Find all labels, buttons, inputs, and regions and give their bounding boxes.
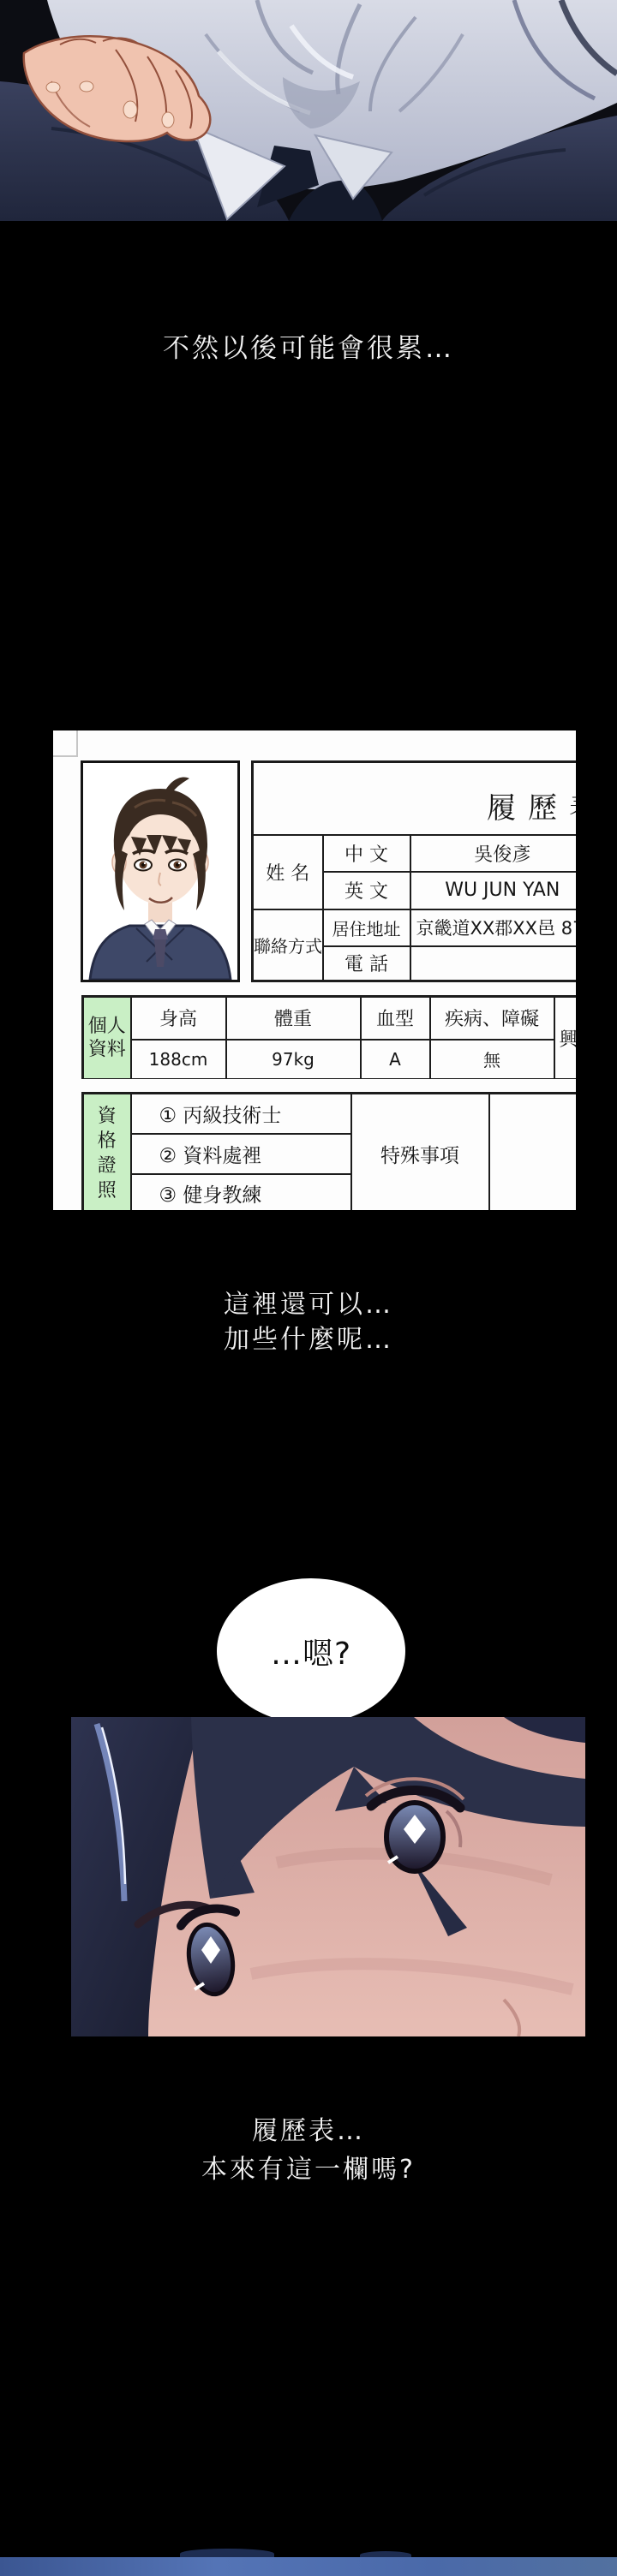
contact-label: 聯絡方式 [253,909,323,981]
chinese-name-value: 吳俊彥 [410,835,577,872]
speech-bubble: …嗯? [217,1578,405,1724]
torso-panel-illustration [0,0,617,221]
english-name-value: WU JUN YAN [410,872,577,909]
speech-bubble-text: …嗯? [271,1630,351,1673]
page-corner-notch [53,730,78,757]
qualifications-section-label: 資 格 證 照 [83,1094,131,1211]
disease-value: 無 [430,1040,554,1080]
weight-header: 體重 [226,997,361,1040]
height-value: 188cm [131,1040,226,1080]
hobby-header: 興趣 [554,997,577,1080]
weight-value: 97kg [226,1040,361,1080]
phone-value [410,946,577,981]
blood-type-value: A [361,1040,430,1080]
resume-document: 履歷表 姓 名 中 文 吳俊彥 英 文 WU JUN YAN 聯絡方式 居住地址… [53,730,576,1210]
portrait-illustration [83,763,237,980]
chinese-label: 中 文 [323,835,410,872]
next-panel-edge [0,2557,617,2576]
special-notes-label: 特殊事項 [351,1094,489,1211]
resume-main-table-wrap: 履歷表 姓 名 中 文 吳俊彥 英 文 WU JUN YAN 聯絡方式 居住地址… [251,760,576,982]
english-label: 英 文 [323,872,410,909]
address-label: 居住地址 [323,909,410,946]
narration-line-1: 不然以後可能會很累… [0,329,617,368]
narration-line-2: 這裡還可以… 加些什麼呢… [0,1287,617,1357]
resume-title: 履歷表 [487,791,576,826]
qualification-item-2: ② 資料處裡 [131,1134,351,1174]
special-notes-empty-cell [489,1094,577,1211]
narration-line-3: 履歷表… 本來有這一欄嗎? [0,2112,617,2189]
address-value: 京畿道XX郡XX邑 87- [410,909,577,946]
qualifications-table-wrap: 資 格 證 照 ① 丙級技術士 特殊事項 ② 資料處裡 ③ 健身教練 [81,1092,576,1210]
torso-illustration [0,0,617,221]
webtoon-page: 不然以後可能會很累… [0,0,617,2576]
phone-label: 電 話 [323,946,410,981]
blood-type-header: 血型 [361,997,430,1040]
resume-title-cell: 履歷表 [253,762,577,835]
qualification-item-3: ③ 健身教練 [131,1174,351,1211]
face-closeup-illustration [71,1717,585,2036]
personal-section-label: 個人 資料 [83,997,131,1080]
height-header: 身高 [131,997,226,1040]
name-label: 姓 名 [253,835,323,909]
resume-main-table: 履歷表 姓 名 中 文 吳俊彥 英 文 WU JUN YAN 聯絡方式 居住地址… [251,760,576,982]
qualification-item-1: ① 丙級技術士 [131,1094,351,1134]
face-closeup-panel [71,1717,585,2036]
qualifications-table: 資 格 證 照 ① 丙級技術士 特殊事項 ② 資料處裡 ③ 健身教練 [81,1092,576,1210]
personal-data-table-wrap: 個人 資料 身高 體重 血型 疾病、障礙 興趣 188cm 97kg A 無 [81,995,576,1079]
disease-header: 疾病、障礙 [430,997,554,1040]
personal-data-table: 個人 資料 身高 體重 血型 疾病、障礙 興趣 188cm 97kg A 無 [81,995,576,1079]
resume-photo [81,760,240,982]
